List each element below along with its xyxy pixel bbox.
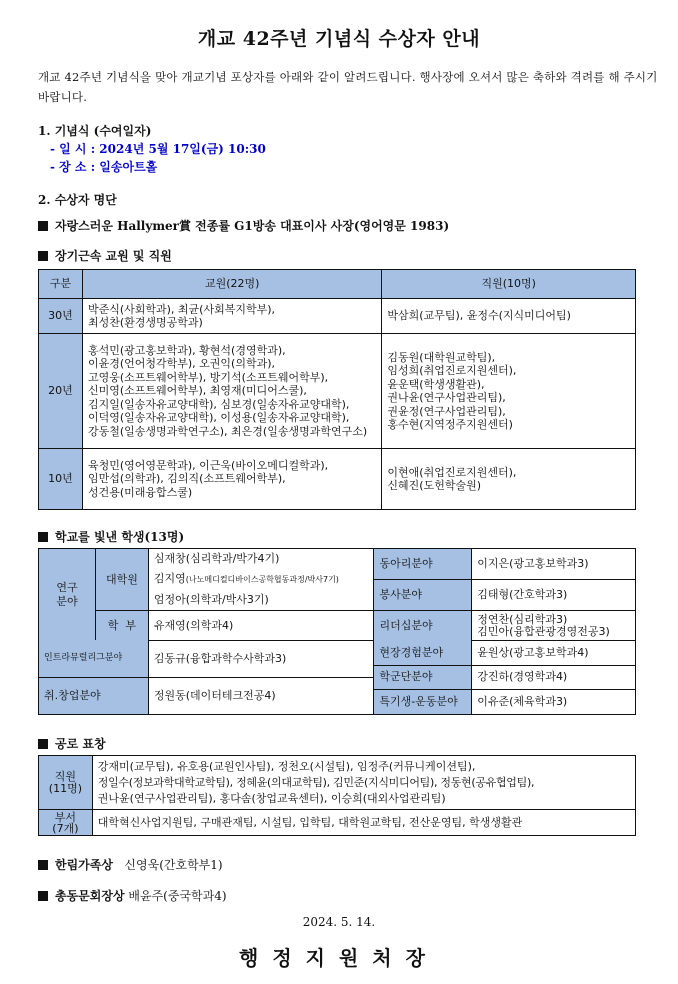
- header-staff: 직원(10명): [382, 270, 636, 299]
- athlete-label: 특기생-운동분야: [374, 689, 472, 714]
- faculty-line: 강동철(일송생명과학연구소), 최은경(일송생명과학연구소): [88, 425, 376, 439]
- merit-staff-line: 강재미(교무팀), 유호용(교원인사팀), 정천오(시설팀), 임정주(커뮤니케…: [98, 759, 630, 775]
- field-exp-label: 현장경험분야: [374, 640, 472, 665]
- label-line: 부서: [44, 812, 87, 823]
- faculty-10: 육청민(영어영문학과), 이근욱(바이오메디컬학과), 임만섭(의학과), 김의…: [82, 449, 381, 510]
- grad-student-program: (나노메디컬디바이스공학협동과정/박사7기): [186, 575, 339, 584]
- volunteer-value: 김태형(간호학과3): [472, 580, 636, 611]
- merit-table: 직원 (11명) 강재미(교무팀), 유호용(교원인사팀), 정천오(시설팀),…: [38, 755, 636, 836]
- field-exp-value: 윤원상(광고홍보학과4): [472, 640, 636, 665]
- staff-line: 박삼희(교무팀), 윤정수(지식미디어팀): [387, 309, 630, 323]
- hallim-family-value: 신영욱(간호학부1): [124, 858, 222, 872]
- section1-heading: 1. 기념식 (수여일자): [38, 122, 151, 139]
- leadership-label: 리더십분야: [374, 611, 472, 641]
- document-title: 개교 42주년 기념식 수상자 안내: [0, 24, 678, 51]
- faculty-line: 박준식(사회학과), 최균(사회복지학부),: [88, 303, 376, 317]
- staff-line: 이현애(취업진로지원센터),: [387, 466, 630, 480]
- rotc-label: 학군단분야: [374, 665, 472, 689]
- long-service-heading: 장기근속 교원 및 직원: [38, 247, 172, 264]
- club-label: 동아리분야: [374, 549, 472, 580]
- staff-line: 홍수현(지역정주지원센터): [387, 418, 630, 432]
- athlete-value: 이유준(체육학과3): [472, 689, 636, 714]
- table-row: 30년 박준식(사회학과), 최균(사회복지학부), 최성찬(환경생명공학과) …: [39, 299, 636, 334]
- merit-heading-text: 공로 표창: [55, 737, 106, 751]
- event-datetime: - 일 시 : 2024년 5월 17일(금) 10:30: [50, 140, 266, 157]
- intramural-value: 김동규(융합과학수사학과3): [148, 640, 374, 677]
- period-30: 30년: [39, 299, 83, 334]
- table-header-row: 구분 교원(22명) 직원(10명): [39, 270, 636, 299]
- alumni-chair-value: 배윤주(중국학과4): [128, 889, 226, 903]
- merit-staff-line: 권나윤(연구사업관리팀), 홍다솜(창업교육센터), 이승희(대외사업관리팀): [98, 791, 630, 807]
- faculty-line: 임만섭(의학과), 김의직(소프트웨어학부),: [88, 472, 376, 486]
- alumni-chair-award: 총동문회장상 배윤주(중국학과4): [38, 887, 227, 904]
- label-line: 직원: [44, 771, 87, 783]
- faculty-line: 이덕영(일송자유교양대학), 이성용(일송자유교양대학),: [88, 411, 376, 425]
- merit-heading: 공로 표창: [38, 735, 106, 752]
- intramural-label: 인트라뮤럴리그분야: [39, 640, 149, 677]
- merit-dept-list: 대학혁신사업지원팀, 구매관재팀, 시설팀, 입학팀, 대학원교학팀, 전산운영…: [92, 810, 635, 836]
- hallymer-award-text: 자랑스러운 Hallymer賞 전종률 G1방송 대표이사 사장(영어영문 19…: [55, 219, 449, 233]
- leadership-student: 김민아(융합관광경영전공3): [477, 626, 630, 638]
- grad-student: 김지영(나노메디컬디바이스공학협동과정/박사7기): [154, 569, 369, 590]
- students-heading: 학교를 빛낸 학생(13명): [38, 528, 184, 545]
- grad-label: 대학원: [95, 549, 148, 611]
- bullet-square-icon: [38, 860, 48, 870]
- staff-20: 김동원(대학원교학팀), 임성희(취업진로지원센터), 윤운택(학생생활관), …: [382, 334, 636, 449]
- faculty-line: 김지일(일송자유교양대학), 심보경(일송자유교양대학),: [88, 398, 376, 412]
- staff-line: 신혜진(도헌학술원): [387, 479, 630, 493]
- volunteer-label: 봉사분야: [374, 580, 472, 611]
- intro-paragraph: 개교 42주년 기념식을 맞아 개교기념 포상자를 아래와 같이 알려드립니다.…: [38, 67, 658, 107]
- staff-line: 김동원(대학원교학팀),: [387, 351, 630, 365]
- label-line: (11명): [44, 783, 87, 795]
- leadership-value: 정연찬(심리학과3) 김민아(융합관광경영전공3): [472, 611, 636, 641]
- signature: 행정지원처장: [0, 942, 678, 971]
- bullet-square-icon: [38, 532, 48, 542]
- bullet-square-icon: [38, 891, 48, 901]
- students-heading-text: 학교를 빛낸 학생(13명): [55, 530, 184, 544]
- startup-label: 취.창업분야: [39, 677, 149, 714]
- merit-staff-line: 정일수(정보과학대학교학팀), 정혜윤(의대교학팀), 김민준(지식미디어팀),…: [98, 775, 630, 791]
- students-table-lower: 인트라뮤럴리그분야 김동규(융합과학수사학과3) 현장경험분야 윤원상(광고홍보…: [38, 640, 636, 715]
- table-row: 10년 육청민(영어영문학과), 이근욱(바이오메디컬학과), 임만섭(의학과)…: [39, 449, 636, 510]
- faculty-line: 최성찬(환경생명공학과): [88, 316, 376, 330]
- bullet-square-icon: [38, 251, 48, 261]
- faculty-line: 성건용(미래융합스쿨): [88, 486, 376, 500]
- faculty-line: 홍석민(광고홍보학과), 황현석(경영학과),: [88, 344, 376, 358]
- label-line: (7개): [44, 823, 87, 834]
- period-10: 10년: [39, 449, 83, 510]
- grad-student-name: 김지영: [154, 572, 186, 585]
- staff-line: 임성희(취업진로지원센터),: [387, 364, 630, 378]
- long-service-heading-text: 장기근속 교원 및 직원: [55, 249, 172, 263]
- merit-dept-label: 부서 (7개): [39, 810, 93, 836]
- table-row: 20년 홍석민(광고홍보학과), 황현석(경영학과), 이윤경(언어청각학부),…: [39, 334, 636, 449]
- faculty-line: 신미영(소프트웨어학부), 최영재(미디어스쿨),: [88, 384, 376, 398]
- event-place: - 장 소 : 일송아트홀: [50, 158, 157, 175]
- table-row: 연구 분야 대학원 심재창(심리학과/박가4기) 김지영(나노메디컬디바이스공학…: [39, 549, 636, 580]
- period-20: 20년: [39, 334, 83, 449]
- research-label: 연구 분야: [39, 549, 96, 641]
- club-value: 이지은(광고홍보학과3): [472, 549, 636, 580]
- bullet-square-icon: [38, 221, 48, 231]
- grad-students: 심재창(심리학과/박가4기) 김지영(나노메디컬디바이스공학협동과정/박사7기)…: [148, 549, 374, 611]
- staff-line: 권윤정(연구사업관리팀),: [387, 405, 630, 419]
- startup-value: 정원동(데이터테크전공4): [148, 677, 374, 714]
- faculty-30: 박준식(사회학과), 최균(사회복지학부), 최성찬(환경생명공학과): [82, 299, 381, 334]
- leadership-student: 정연찬(심리학과3): [477, 614, 630, 626]
- long-service-table: 구분 교원(22명) 직원(10명) 30년 박준식(사회학과), 최균(사회복…: [38, 269, 636, 510]
- table-row: 직원 (11명) 강재미(교무팀), 유호용(교원인사팀), 정천오(시설팀),…: [39, 756, 636, 810]
- merit-staff-list: 강재미(교무팀), 유호용(교원인사팀), 정천오(시설팀), 임정주(커뮤니케…: [92, 756, 635, 810]
- header-category: 구분: [39, 270, 83, 299]
- staff-line: 윤운택(학생생활관),: [387, 378, 630, 392]
- section2-heading: 2. 수상자 명단: [38, 191, 117, 208]
- alumni-chair-label: 총동문회장상: [55, 889, 125, 903]
- undergrad-label: 학 부: [95, 611, 148, 641]
- table-row: 부서 (7개) 대학혁신사업지원팀, 구매관재팀, 시설팀, 입학팀, 대학원교…: [39, 810, 636, 836]
- undergrad-student: 유재영(의학과4): [148, 611, 374, 641]
- bullet-square-icon: [38, 739, 48, 749]
- faculty-line: 이윤경(언어청각학부), 오권익(의학과),: [88, 357, 376, 371]
- table-row: 학 부 유재영(의학과4) 리더십분야 정연찬(심리학과3) 김민아(융합관광경…: [39, 611, 636, 641]
- staff-line: 권나윤(연구사업관리팀),: [387, 391, 630, 405]
- grad-student: 엄정아(의학과/박사3기): [154, 590, 369, 610]
- students-table: 연구 분야 대학원 심재창(심리학과/박가4기) 김지영(나노메디컬디바이스공학…: [38, 548, 636, 641]
- faculty-line: 고영웅(소프트웨어학부), 방기석(소프트웨어학부),: [88, 371, 376, 385]
- staff-10: 이현애(취업진로지원센터), 신혜진(도헌학술원): [382, 449, 636, 510]
- faculty-line: 육청민(영어영문학과), 이근욱(바이오메디컬학과),: [88, 459, 376, 473]
- document-date: 2024. 5. 14.: [0, 915, 678, 929]
- staff-30: 박삼희(교무팀), 윤정수(지식미디어팀): [382, 299, 636, 334]
- faculty-20: 홍석민(광고홍보학과), 황현석(경영학과), 이윤경(언어청각학부), 오권익…: [82, 334, 381, 449]
- merit-staff-label: 직원 (11명): [39, 756, 93, 810]
- hallymer-award: 자랑스러운 Hallymer賞 전종률 G1방송 대표이사 사장(영어영문 19…: [38, 217, 449, 234]
- table-row: 인트라뮤럴리그분야 김동규(융합과학수사학과3) 현장경험분야 윤원상(광고홍보…: [39, 640, 636, 665]
- hallim-family-award: 한림가족상 신영욱(간호학부1): [38, 856, 223, 873]
- grad-student: 심재창(심리학과/박가4기): [154, 549, 369, 569]
- header-faculty: 교원(22명): [82, 270, 381, 299]
- hallim-family-label: 한림가족상: [55, 858, 113, 872]
- rotc-value: 강진하(경영학과4): [472, 665, 636, 689]
